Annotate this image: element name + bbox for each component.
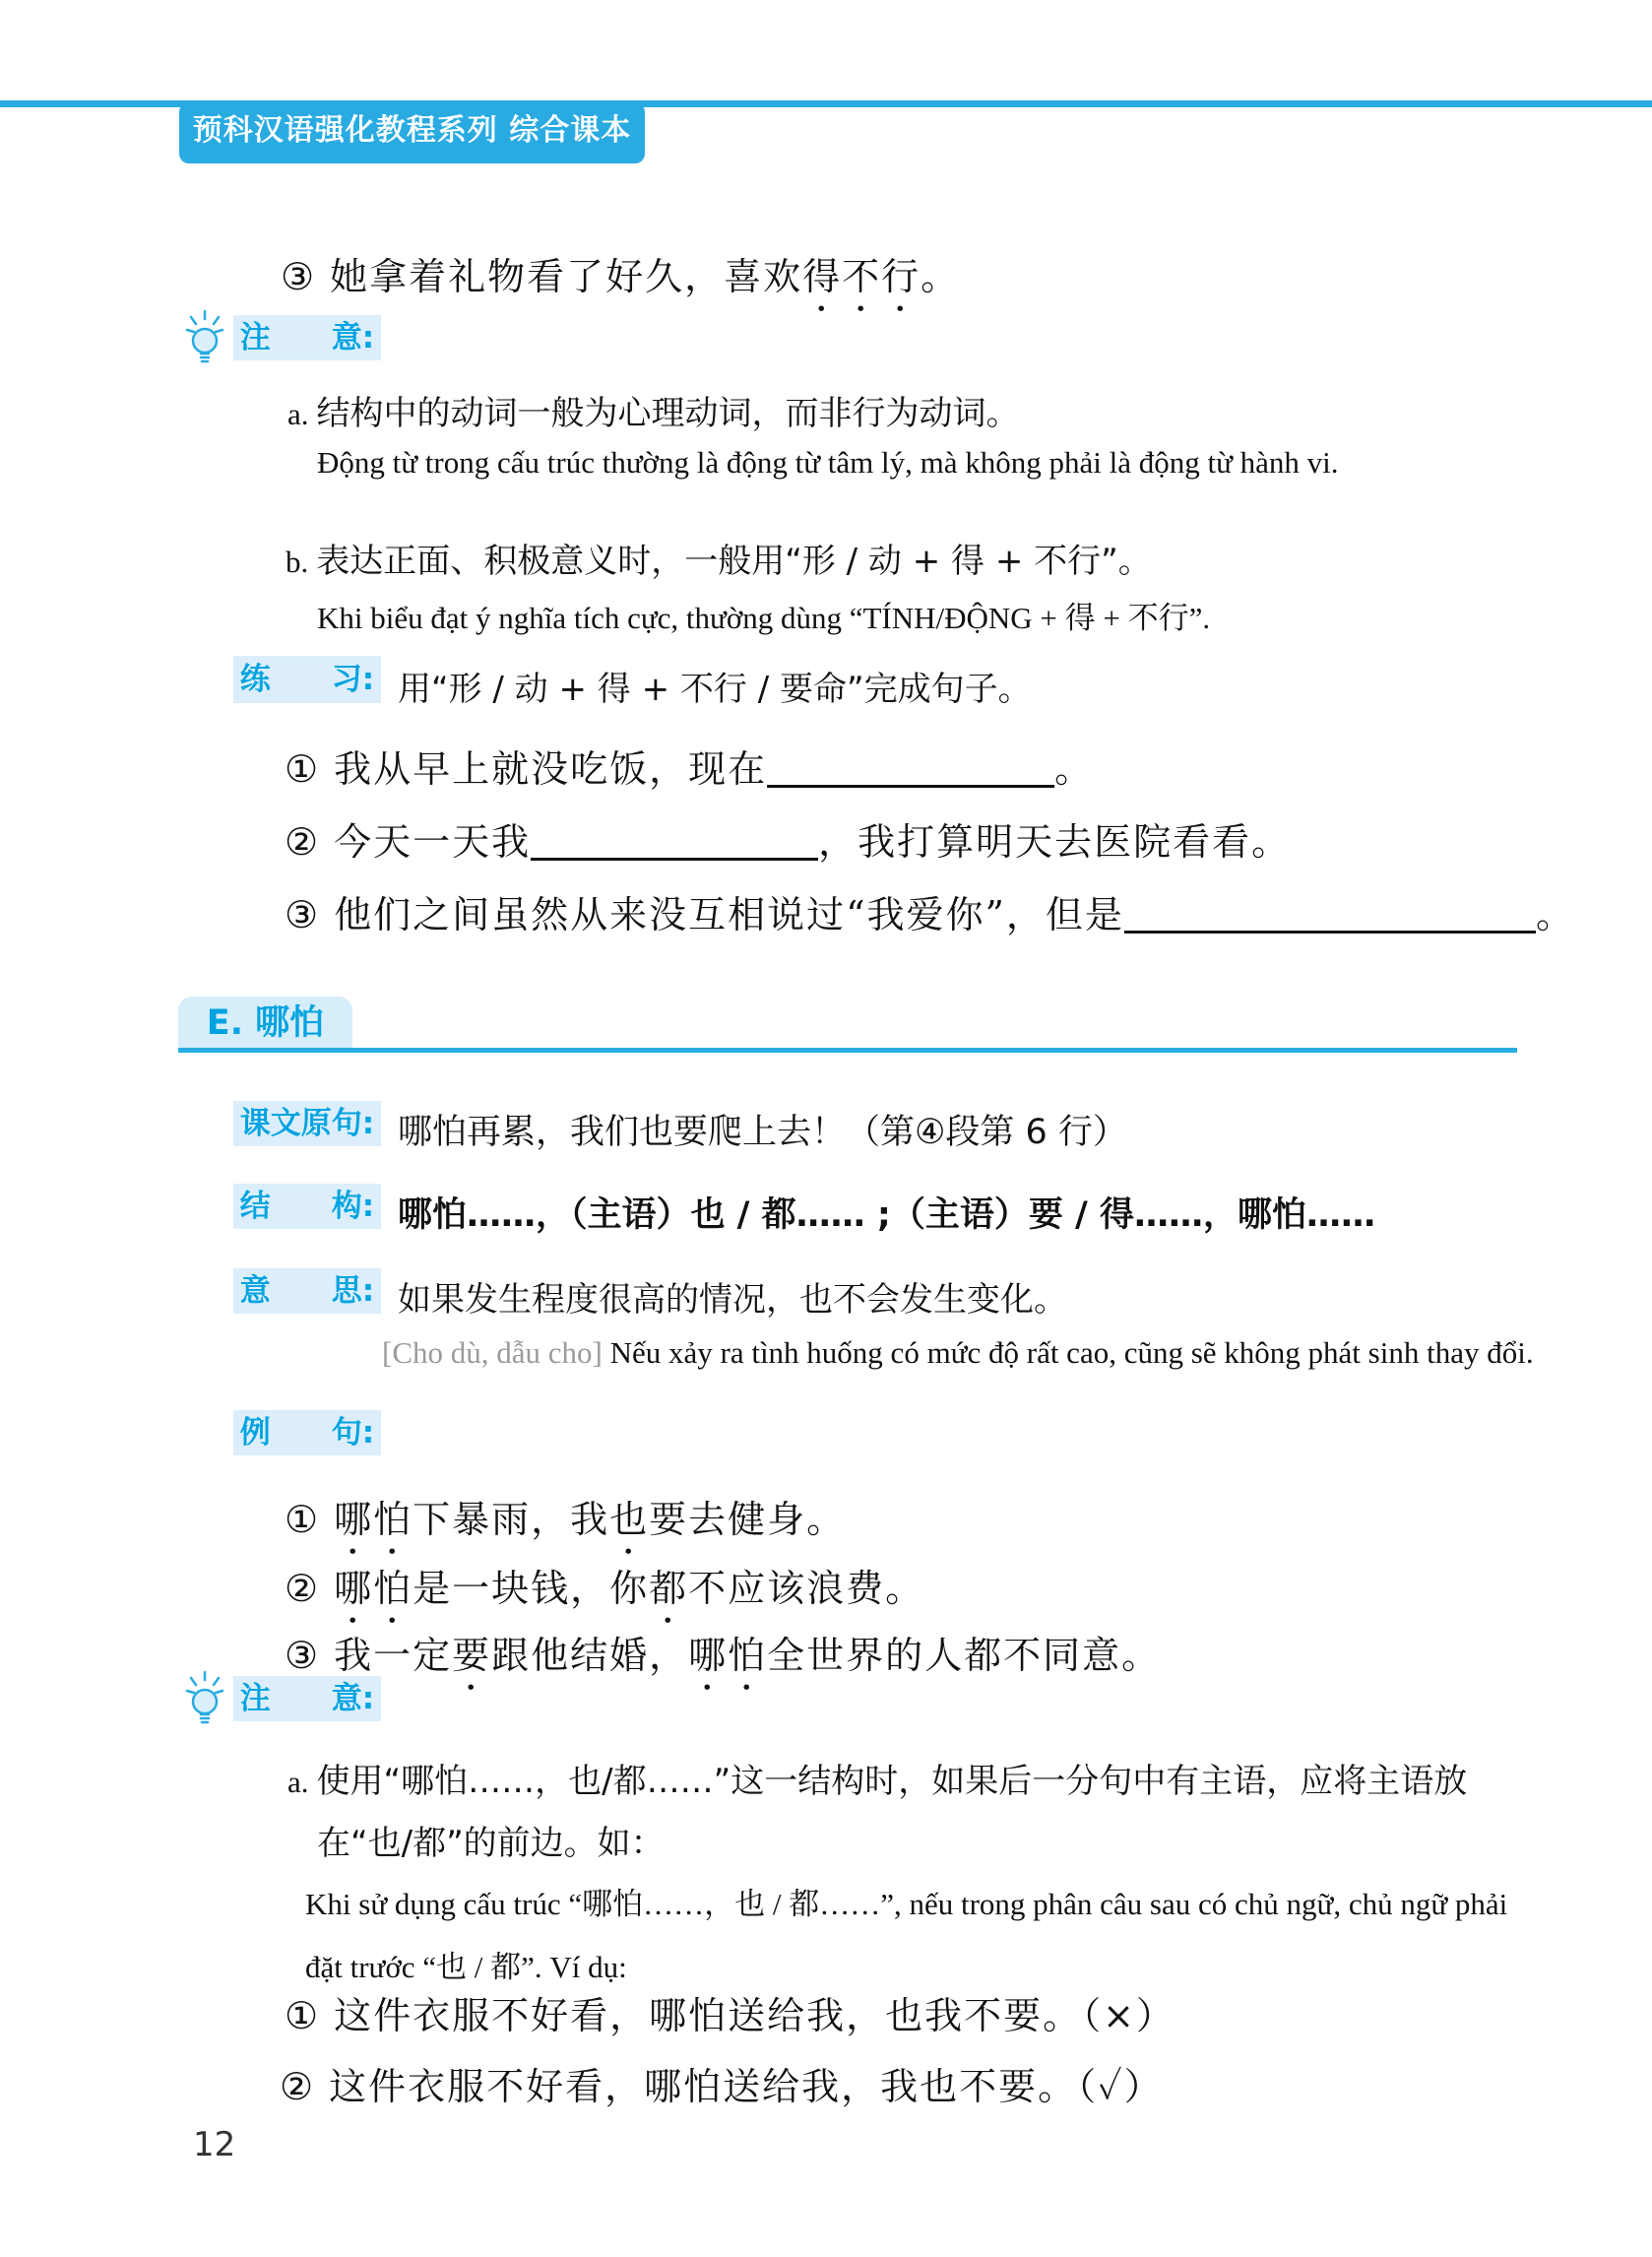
practice-item-text: 今天一天我 bbox=[334, 820, 531, 864]
structure-label: 结 构: bbox=[233, 1184, 381, 1229]
note-marker: a. bbox=[287, 397, 309, 431]
text-segment: 我一定 bbox=[334, 1634, 452, 1677]
example-sentence: ①这件衣服不好看，哪怕送给我，也我不要。（×） bbox=[285, 1985, 1175, 2039]
structure-text: 哪怕……，（主语）也 / 都…… ;（主语）要 / 得……，哪怕…… bbox=[398, 1188, 1375, 1237]
text-segment: 都 bbox=[649, 1567, 688, 1610]
note-b-text: 表达正面、积极意义时，一般用“形 / 动 + 得 + 不行”。 bbox=[316, 542, 1152, 581]
source-sentence-label: 课文原句: bbox=[233, 1101, 381, 1146]
fill-in-blank bbox=[767, 750, 1054, 788]
notice-paragraph: a.使用“哪怕……，也/都……”这一结构时，如果后一分句中有主语，应将主语放在“… bbox=[287, 1751, 1530, 1874]
text-segment: 也 bbox=[609, 1498, 649, 1541]
example-sentence: ②哪怕是一块钱，你都不应该浪费。 bbox=[285, 1558, 924, 1632]
fill-in-blank bbox=[531, 823, 818, 861]
notice-label: 注 意: bbox=[233, 1676, 381, 1721]
note-marker: b. bbox=[286, 545, 308, 579]
notice-paragraph-translation: Khi sử dụng cấu trúc “哪怕……，也 / 都……”, nếu… bbox=[305, 1873, 1536, 1999]
page-number: 12 bbox=[193, 2125, 235, 2164]
textbook-page: 预科汉语强化教程系列 综合课本 5 ③她拿着礼物看了好久，喜欢得不行。 注 意:… bbox=[0, 0, 1652, 2257]
sentence-number: ① bbox=[285, 747, 320, 791]
sentence-number: ② bbox=[285, 1567, 320, 1610]
section-title-tab: E. 哪怕 bbox=[178, 997, 352, 1050]
example-sentence-text: 她拿着礼物看了好久，喜欢得不行。 bbox=[330, 255, 960, 298]
example-sentence-text: 这件衣服不好看，哪怕送给我，也我不要。（×） bbox=[334, 1994, 1175, 2037]
note-b-translation: Khi biểu đạt ý nghĩa tích cực, thường dù… bbox=[317, 593, 1210, 637]
text-segment: 哪怕 bbox=[688, 1634, 767, 1677]
notice-label: 注 意: bbox=[233, 315, 381, 360]
practice-item-text: 他们之间虽然从来没互相说过“我爱你”，但是 bbox=[334, 893, 1124, 936]
sentence-number: ③ bbox=[281, 255, 316, 298]
practice-label: 练 习: bbox=[233, 656, 381, 703]
example-sentence-text: 这件衣服不好看，哪怕送给我，我也不要。（✓） bbox=[329, 2065, 1164, 2108]
practice-item: ③他们之间虽然从来没互相说过“我爱你”，但是。 bbox=[285, 884, 1575, 938]
example-sentence: ③她拿着礼物看了好久，喜欢得不行。 bbox=[281, 246, 960, 320]
practice-instruction: 用“形 / 动 + 得 + 不行 / 要命”完成句子。 bbox=[398, 662, 1032, 710]
lightbulb-icon bbox=[183, 309, 226, 364]
meaning-text: 如果发生程度很高的情况，也不会发生变化。 bbox=[398, 1272, 1067, 1321]
practice-item: ②今天一天我，我打算明天去医院看看。 bbox=[285, 811, 1291, 866]
note-a: a.结构中的动词一般为心理动词，而非行为动词。 bbox=[287, 386, 1020, 434]
example-sentence-text: 我一定要跟他结婚，哪怕全世界的人都不同意。 bbox=[334, 1634, 1161, 1677]
lightbulb-icon bbox=[183, 1670, 226, 1725]
fill-in-blank bbox=[1124, 896, 1536, 934]
example-sentence-text: 哪怕下暴雨，我也要去健身。 bbox=[334, 1498, 846, 1541]
sentence-number: ② bbox=[280, 2065, 315, 2108]
note-marker: a. bbox=[287, 1765, 309, 1799]
text-segment: 要去健身。 bbox=[649, 1498, 846, 1541]
text-segment: 得不行 bbox=[802, 255, 921, 298]
practice-item: ①我从早上就没吃饭，现在。 bbox=[285, 739, 1094, 793]
note-b: b.表达正面、积极意义时，一般用“形 / 动 + 得 + 不行”。 bbox=[286, 534, 1152, 582]
examples-label: 例 句: bbox=[233, 1410, 381, 1455]
section-rule bbox=[178, 1048, 1517, 1053]
series-badge: 预科汉语强化教程系列 综合课本 5 bbox=[179, 102, 645, 163]
example-sentence: ③我一定要跟他结婚，哪怕全世界的人都不同意。 bbox=[285, 1625, 1161, 1699]
practice-item-text: 。 bbox=[1054, 747, 1094, 791]
text-segment: 不应该浪费。 bbox=[688, 1567, 924, 1610]
sentence-number: ③ bbox=[285, 893, 320, 936]
notice-paragraph-text: 使用“哪怕……，也/都……”这一结构时，如果后一分句中有主语，应将主语放在“也/… bbox=[317, 1762, 1468, 1863]
example-sentence: ②这件衣服不好看，哪怕送给我，我也不要。（✓） bbox=[280, 2056, 1164, 2110]
meaning-translation-bracket: [Cho dù, dẫu cho] bbox=[382, 1335, 603, 1370]
source-sentence-text: 哪怕再累，我们也要爬上去！（第④段第 6 行） bbox=[398, 1105, 1127, 1154]
text-segment: 下暴雨，我 bbox=[413, 1498, 609, 1541]
example-sentence: ①哪怕下暴雨，我也要去健身。 bbox=[285, 1489, 846, 1563]
text-segment: 她拿着礼物看了好久，喜欢 bbox=[330, 255, 802, 298]
sentence-number: ① bbox=[285, 1994, 320, 2037]
text-segment: 要 bbox=[452, 1634, 491, 1677]
text-segment: 哪怕 bbox=[334, 1498, 413, 1541]
meaning-translation: [Cho dù, dẫu cho] Nếu xảy ra tình huống … bbox=[382, 1335, 1534, 1371]
example-sentence-text: 哪怕是一块钱，你都不应该浪费。 bbox=[334, 1567, 924, 1610]
sentence-number: ① bbox=[285, 1498, 320, 1541]
note-a-translation: Động từ trong cấu trúc thường là động từ… bbox=[317, 445, 1339, 481]
text-segment: 跟他结婚， bbox=[491, 1634, 688, 1677]
text-segment: 。 bbox=[921, 255, 960, 298]
sentence-number: ② bbox=[285, 820, 320, 864]
practice-item-text: ，我打算明天去医院看看。 bbox=[818, 820, 1291, 864]
meaning-translation-text: Nếu xảy ra tình huống có mức độ rất cao,… bbox=[603, 1335, 1534, 1370]
text-segment: 全世界的人都不同意。 bbox=[767, 1634, 1161, 1677]
sentence-number: ③ bbox=[285, 1634, 320, 1677]
note-a-text: 结构中的动词一般为心理动词，而非行为动词。 bbox=[317, 394, 1020, 433]
practice-item-text: 我从早上就没吃饭，现在 bbox=[334, 747, 767, 791]
text-segment: 哪怕 bbox=[334, 1567, 413, 1610]
practice-item-text: 。 bbox=[1536, 893, 1575, 936]
text-segment: 是一块钱，你 bbox=[413, 1567, 649, 1610]
meaning-label: 意 思: bbox=[233, 1268, 381, 1314]
